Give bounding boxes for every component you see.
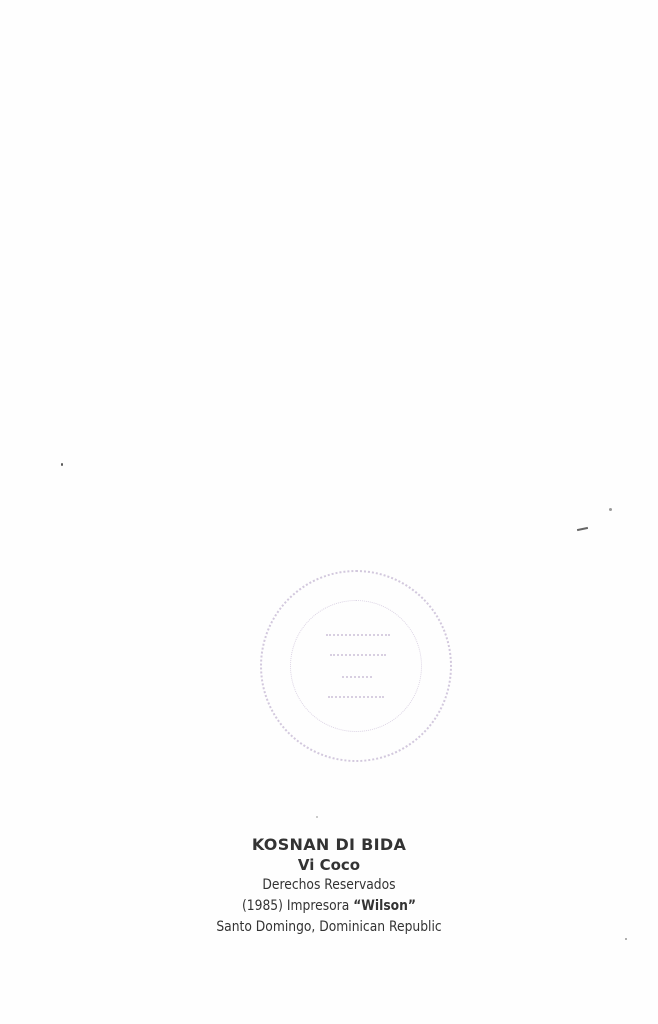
document-page: KOSNAN DI BIDA Vi Coco Derechos Reservad… <box>0 0 658 1024</box>
ink-speck <box>316 816 318 818</box>
ink-speck <box>625 938 627 940</box>
stamp-text-line <box>342 676 372 678</box>
ink-speck <box>61 463 63 466</box>
rights-notice: Derechos Reservados <box>39 875 618 896</box>
stamp-text-line <box>328 696 384 698</box>
book-title: KOSNAN DI BIDA <box>0 834 658 855</box>
stamp-inner-ring <box>290 600 422 732</box>
colophon: KOSNAN DI BIDA Vi Coco Derechos Reservad… <box>0 834 658 938</box>
publication-year: (1985) <box>242 898 283 914</box>
ink-mark <box>577 527 588 531</box>
ink-speck <box>609 508 612 511</box>
printer-name: “Wilson” <box>353 898 416 914</box>
publication-location: Santo Domingo, Dominican Republic <box>39 917 618 938</box>
stamp-text-line <box>326 634 390 636</box>
stamp-text-line <box>330 654 386 656</box>
printer-line: (1985) Impresora “Wilson” <box>39 896 618 917</box>
library-stamp <box>260 570 452 762</box>
author-name: Vi Coco <box>0 855 658 875</box>
printer-prefix: Impresora <box>287 898 349 914</box>
